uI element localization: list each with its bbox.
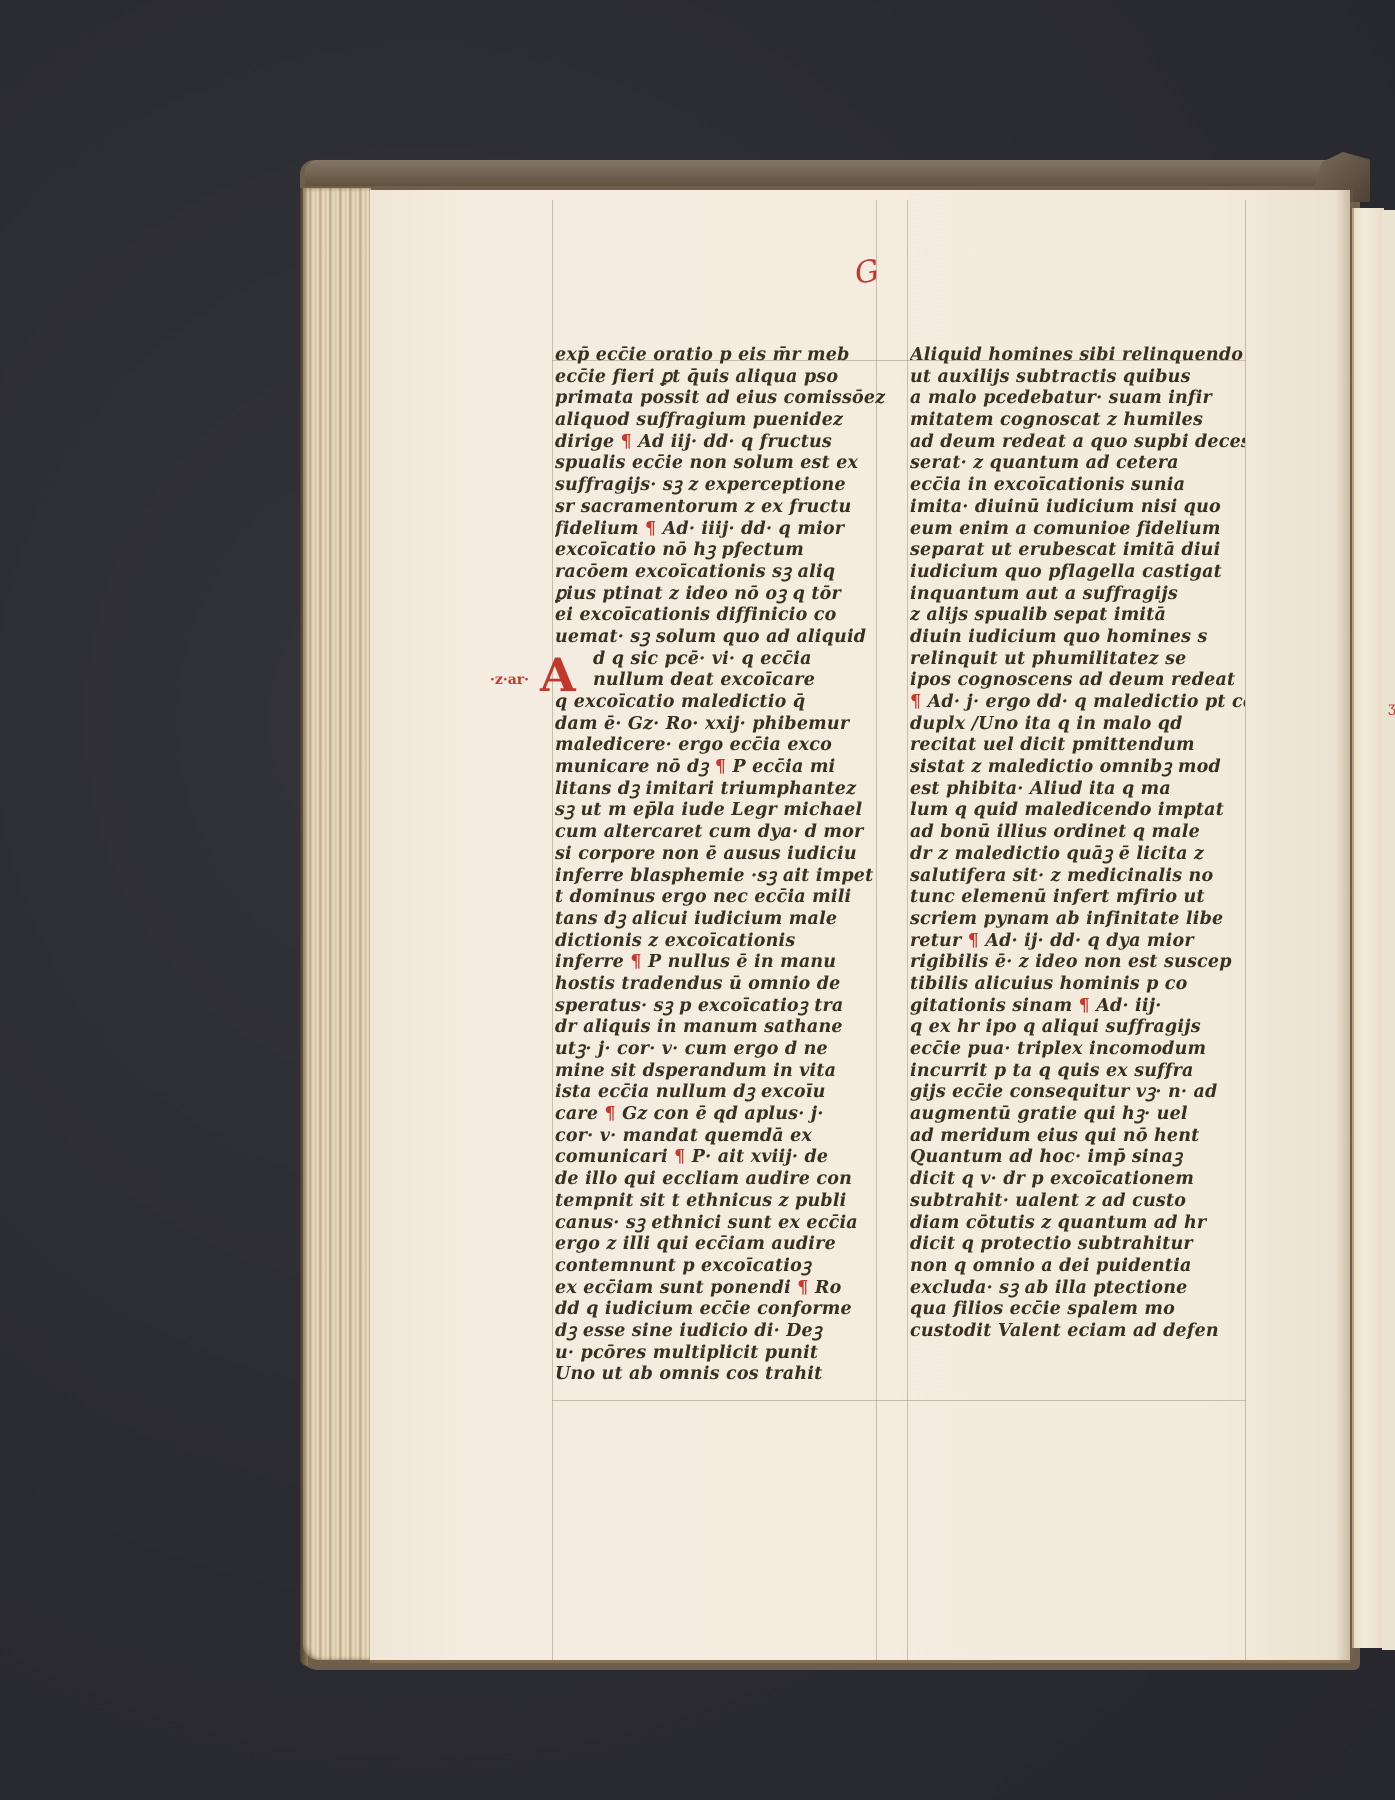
text-line: incurrit p ta q quis ex suffra: [910, 1061, 1245, 1083]
text-line: utꝫ· j· cor· v· cum ergo d ne: [555, 1039, 885, 1061]
text-line: relinquit ut phumilitatez se: [910, 649, 1245, 671]
text-line: rigibilis ē· z ideo non est suscep: [910, 952, 1245, 974]
text-line: ei excoīcationis diffinicio co: [555, 605, 885, 627]
text-line: exp̄ ecc̄ie oratio p eis m̄r meb̄: [555, 345, 885, 367]
text-line: inferre ¶ P nullus ē in manu: [555, 952, 885, 974]
pilcrow-rubric: ¶: [910, 692, 921, 712]
text-line: ꝑius ptinat z ideo nō oꝫ q tōr: [555, 584, 885, 606]
text-line: ¶ Ad· j· ergo dd· q maledictio pt ce: [910, 692, 1245, 714]
text-line: a malo pcedebatur· suam infir: [910, 388, 1245, 410]
text-line: sr sacramentorum z ex fructu: [555, 497, 885, 519]
text-line: ecc̄ie pua· triplex incomodum: [910, 1039, 1245, 1061]
text-line: recitat uel dicit pmittendum: [910, 735, 1245, 757]
binding-top-edge: [305, 160, 1360, 186]
text-line: scriem pynam ab infinitate libe: [910, 909, 1245, 931]
margin-note: ·z·ar·: [490, 672, 529, 688]
text-line: Aliquid homines sibi relinquendo: [910, 345, 1245, 367]
text-line: racōem excoīcationis sꝫ aliq: [555, 562, 885, 584]
text-line: dictionis z excoīcationis: [555, 931, 885, 953]
text-line: ex ecc̄iam sunt ponendi ¶ R̄o: [555, 1278, 885, 1300]
text-line: d q sic pcē· vi· q ecc̄ia: [555, 649, 885, 671]
text-line: primata possit ad eius comissōez: [555, 388, 885, 410]
text-line: t dominus ergo nec ecc̄ia mili: [555, 887, 885, 909]
pilcrow-rubric: ¶: [645, 519, 656, 539]
text-line: dd q iudicium ecc̄ie conforme: [555, 1299, 885, 1321]
ruling-line-left-outer: [552, 200, 553, 1660]
text-line: aliquod suffragium puenidez: [555, 410, 885, 432]
text-line: gijs ecc̄ie consequitur vꝫ· n· ad: [910, 1082, 1245, 1104]
pilcrow-rubric: ¶: [630, 952, 641, 972]
gutter-shadow: [1335, 190, 1353, 1660]
text-line: augmentū gratie qui hꝫ· uel: [910, 1104, 1245, 1126]
text-line: cor· v· mandat quemdā ex: [555, 1126, 885, 1148]
next-page-edge: [1352, 208, 1384, 1648]
text-line: diuin iudicium quo homines s: [910, 627, 1245, 649]
text-line: custodit Valent eciam ad defen: [910, 1321, 1245, 1343]
text-line: speratus· sꝫ p excoīcatioꝫ tra: [555, 996, 885, 1018]
text-line: serat· z quantum ad cetera: [910, 453, 1245, 475]
text-line: uemat· sꝫ solum quo ad aliquid: [555, 627, 885, 649]
text-line: nullum deat excoīcare: [555, 670, 885, 692]
text-line: dicit q v· dr p excoīcationem: [910, 1169, 1245, 1191]
text-line: municare nō dꝫ ¶ P ecc̄ia mi: [555, 757, 885, 779]
text-line: inferre blasphemie ·sꝫ ait impet: [555, 866, 885, 888]
text-line: ecc̄ia in excoīcationis sunia: [910, 475, 1245, 497]
text-line: salutifera sit· z medicinalis no: [910, 866, 1245, 888]
text-line: excoīcatio nō hꝫ pfectum: [555, 540, 885, 562]
text-line: ad bonū illius ordinet q male: [910, 822, 1245, 844]
text-line: eum enim a comunioe fidelium: [910, 519, 1245, 541]
text-line: separat ut erubescat imitā diui: [910, 540, 1245, 562]
text-line: dr aliquis in manum sathane: [555, 1017, 885, 1039]
text-line: ad meridum eius qui nō hent: [910, 1126, 1245, 1148]
text-line: subtrahit· ualent z ad custo: [910, 1191, 1245, 1213]
ruling-line-bottom: [552, 1400, 1246, 1401]
text-line: dꝫ esse sine iudicio di· Deꝫ: [555, 1321, 885, 1343]
text-line: est phibita· Aliud ita q ma: [910, 779, 1245, 801]
ruling-line-right-outer: [907, 200, 908, 1660]
text-line: fidelium ¶ Ad· iiij· dd· q mior: [555, 519, 885, 541]
text-line: iudicium quo pflagella castigat: [910, 562, 1245, 584]
text-line: dirige ¶ Ad iij· dd· q fructus: [555, 432, 885, 454]
text-line: ipos cognoscens ad deum redeat: [910, 670, 1245, 692]
text-line: u· pcōres multiplicit punit: [555, 1343, 885, 1365]
text-line: contemnunt p excoīcatioꝫ: [555, 1256, 885, 1278]
next-page-rubric-mark: ʒ: [1388, 700, 1395, 716]
text-line: de illo qui eccliam audire con: [555, 1169, 885, 1191]
text-line: ad deum redeat a quo supbi deces: [910, 432, 1245, 454]
text-line: sꝫ ut m ep̄la iude Legr michael: [555, 800, 885, 822]
text-line: tempnit sit t ethnicus z publi: [555, 1191, 885, 1213]
text-line: q ex hr ipo q aliqui suffragijs: [910, 1017, 1245, 1039]
text-line: q excoīcatio maledictio q̄: [555, 692, 885, 714]
text-line: tunc elemenū infert mfirio ut: [910, 887, 1245, 909]
text-line: litans dꝫ imitari triumphantez: [555, 779, 885, 801]
text-line: imita· diuinū iudicium nisi quo: [910, 497, 1245, 519]
text-line: qua filios ecc̄ie spalem mo: [910, 1299, 1245, 1321]
text-line: z alijs spualib sepat imitā: [910, 605, 1245, 627]
pilcrow-rubric: ¶: [674, 1147, 685, 1167]
text-line: ergo z illi qui ecc̄iam audire: [555, 1234, 885, 1256]
text-line: non q omnio a dei puidentia: [910, 1256, 1245, 1278]
pilcrow-rubric: ¶: [621, 432, 632, 452]
text-line: comunicari ¶ P· ait xviij· de: [555, 1147, 885, 1169]
text-line: mine sit dsperandum in vita: [555, 1061, 885, 1083]
text-line: tibilis alicuius hominis p co: [910, 974, 1245, 996]
text-line: lum q quid maledicendo imptat: [910, 800, 1245, 822]
text-line: care ¶ Gz con ē qd aplus· j·: [555, 1104, 885, 1126]
text-line: dr z maledictio quāꝫ ē licita z: [910, 844, 1245, 866]
text-line: excluda· sꝫ ab illa ptectione: [910, 1278, 1245, 1300]
text-line: si corpore non ē ausus iudiciu: [555, 844, 885, 866]
text-line: canus· sꝫ ethnici sunt ex ecc̄ia: [555, 1213, 885, 1235]
text-line: suffragijs· sꝫ z experceptione: [555, 475, 885, 497]
text-line: Quantum ad hoc· imp̄ sinaꝫ: [910, 1147, 1245, 1169]
text-line: mitatem cognoscat z humiles: [910, 410, 1245, 432]
text-line: Uno ut ab omnis cos trahit: [555, 1364, 885, 1386]
text-line: gitationis sinam ¶ Ad· iij·: [910, 996, 1245, 1018]
text-line: maledicere· ergo ecc̄ia exco: [555, 735, 885, 757]
text-line: ista ecc̄ia nullum dꝫ excoīu: [555, 1082, 885, 1104]
text-line: hostis tradendus ū omnio de: [555, 974, 885, 996]
text-line: diam cōtutis z quantum ad hr: [910, 1213, 1245, 1235]
pilcrow-rubric: ¶: [604, 1104, 615, 1124]
text-line: dicit q protectio subtrahitur: [910, 1234, 1245, 1256]
text-column-left: exp̄ ecc̄ie oratio p eis m̄r meb̄ecc̄ie …: [555, 345, 885, 1386]
pilcrow-rubric: ¶: [797, 1278, 808, 1298]
page-block-edges: [303, 188, 371, 1660]
text-line: inquantum aut a suffragijs: [910, 584, 1245, 606]
text-line: duplx /Uno ita q in malo qd: [910, 714, 1245, 736]
next-page-margin: [1382, 210, 1395, 1650]
text-line: spualis ecc̄ie non solum est ex: [555, 453, 885, 475]
pilcrow-rubric: ¶: [968, 931, 979, 951]
text-column-right: Aliquid homines sibi relinquendout auxil…: [910, 345, 1245, 1343]
text-line: cum altercaret cum dya· d mor: [555, 822, 885, 844]
text-line: dam ē· Gz· Ro· xxij· phibemur: [555, 714, 885, 736]
text-line: ut auxilijs subtractis quibus: [910, 367, 1245, 389]
text-line: ecc̄ie fieri ꝑt q̄uis aliqua pso: [555, 367, 885, 389]
pilcrow-rubric: ¶: [715, 757, 726, 777]
text-line: retur ¶ Ad· ij· dd· q dya mior: [910, 931, 1245, 953]
text-line: tans dꝫ alicui iudicium male: [555, 909, 885, 931]
text-line: sistat z maledictio omnibꝫ mod: [910, 757, 1245, 779]
ruling-line-right-inner: [1245, 200, 1246, 1660]
pilcrow-rubric: ¶: [1079, 996, 1090, 1016]
